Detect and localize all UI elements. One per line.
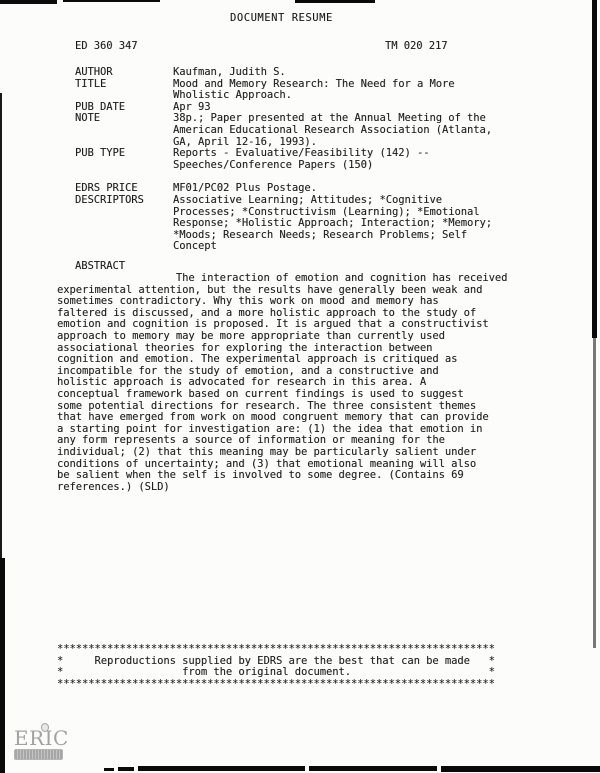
reproduction-notice: ****************************************… <box>57 644 495 690</box>
scan-edge-top-left-2 <box>63 0 160 2</box>
bibliographic-fields: AUTHOR Kaufman, Judith S. TITLE Mood and… <box>75 67 492 253</box>
field-value-note: 38p.; Paper presented at the Annual Meet… <box>173 113 492 148</box>
scanned-document-page: DOCUMENT RESUME ED 360 347 TM 020 217 AU… <box>0 0 600 773</box>
abstract-text: The interaction of emotion and cognition… <box>57 273 507 493</box>
scan-edge-left-thick <box>0 558 5 773</box>
field-label-descriptors: DESCRIPTORS <box>75 195 173 253</box>
scan-edge-top-mid <box>295 0 375 3</box>
eric-logo: ERIC <box>14 728 69 760</box>
scan-edge-right-thick <box>592 0 597 338</box>
scan-edge-right-thin <box>593 338 596 648</box>
scan-edge-bottom-bar-1 <box>138 766 305 771</box>
scan-edge-bottom-bar-2 <box>309 766 437 771</box>
field-value-descriptors: Associative Learning; Attitudes; *Cognit… <box>173 195 492 253</box>
clearinghouse-number: TM 020 217 <box>385 41 448 53</box>
eric-flame-icon <box>41 723 49 732</box>
eric-logo-banner <box>14 749 63 760</box>
eric-logo-text: ERIC <box>14 728 69 748</box>
field-label-note: NOTE <box>75 113 173 148</box>
scan-edge-bottom-dash-2 <box>118 767 134 771</box>
abstract-label: ABSTRACT <box>75 261 125 273</box>
field-value-title: Mood and Memory Research: The Need for a… <box>173 79 492 102</box>
document-resume-title: DOCUMENT RESUME <box>230 13 333 25</box>
field-label-pub-type: PUB TYPE <box>75 148 173 171</box>
scan-edge-top-left-1 <box>0 0 57 4</box>
scan-edge-bottom-dash-1 <box>104 768 114 771</box>
field-value-pub-type: Reports - Evaluative/Feasibility (142) -… <box>173 148 492 171</box>
field-value-author: Kaufman, Judith S. <box>173 67 492 79</box>
field-label-author: AUTHOR <box>75 67 173 79</box>
scan-edge-left-thin <box>0 93 2 563</box>
field-label-title: TITLE <box>75 79 173 102</box>
ed-number: ED 360 347 <box>75 41 138 53</box>
scan-edge-bottom-bar-3 <box>441 766 600 772</box>
